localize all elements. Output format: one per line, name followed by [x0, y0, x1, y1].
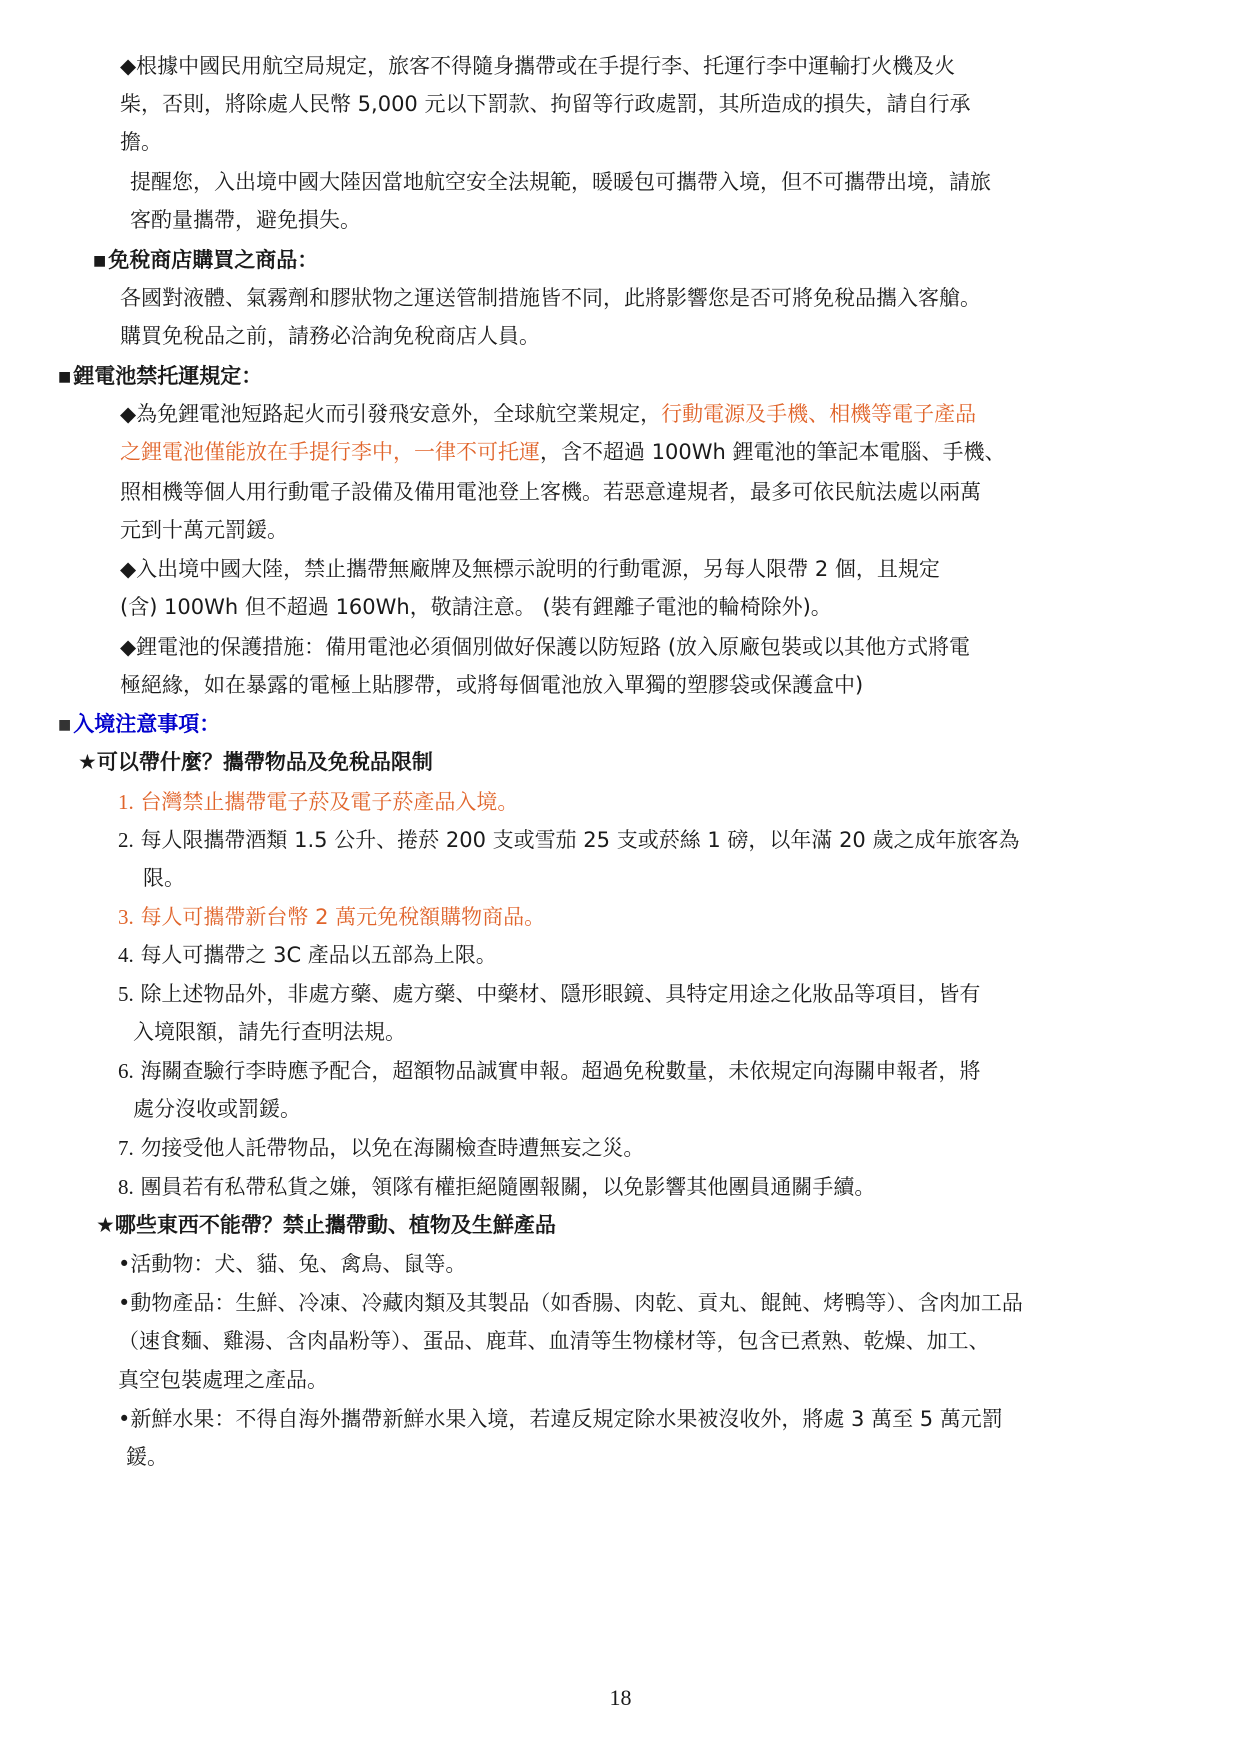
prohibited-heading: ★哪些東西不能帶？禁止攜帶動、植物及生鮮產品	[96, 1211, 556, 1239]
allowed-item-4: 4. 每人可攜帶之 3C 產品以五部為上限。	[118, 941, 497, 969]
prohibited-bullet-3-line2: 鍰。	[126, 1443, 168, 1471]
allowed-item-5: 5. 除上述物品外，非處方藥、處方藥、中藥材、隱形眼鏡、具特定用途之化妝品等項目…	[118, 980, 980, 1008]
hand-warmer-line1: 提醒您，入出境中國大陸因當地航空安全法規範，暖暖包可攜帶入境，但不可攜帶出境，請…	[130, 168, 991, 196]
duty-free-line1: 各國對液體、氣霧劑和膠狀物之運送管制措施皆不同，此將影響您是否可將免稅品攜入客艙…	[120, 284, 981, 312]
lithium-p1-line3: 照相機等個人用行動電子設備及備用電池登上客機。若惡意違規者，最多可依民航法處以兩…	[120, 478, 981, 506]
duty-free-line2: 購買免稅品之前，請務必洽詢免稅商店人員。	[120, 322, 540, 350]
lithium-p1-line2: 之鋰電池僅能放在手提行李中，一律不可托運，含不超過 100Wh 鋰電池的筆記本電…	[120, 438, 1006, 466]
allowed-item-5-cont: 入境限額，請先行查明法規。	[133, 1018, 406, 1046]
allowed-item-1: 1. 台灣禁止攜帶電子菸及電子菸產品入境。	[118, 788, 518, 816]
lighter-rule-line3: 擔。	[120, 128, 162, 156]
hand-warmer-line2: 客酌量攜帶，避免損失。	[130, 206, 361, 234]
lithium-p2-line2: (含) 100Wh 但不超過 160Wh，敬請注意。 (裝有鋰離子電池的輪椅除外…	[120, 593, 832, 621]
allowed-item-8: 8. 團員若有私帶私貨之嫌，領隊有權拒絕隨團報關，以免影響其他團員通關手續。	[118, 1173, 875, 1201]
prohibited-bullet-2-line3: 真空包裝處理之產品。	[118, 1366, 328, 1394]
prohibited-bullet-3-line1: •新鮮水果：不得自海外攜帶新鮮水果入境，若違反規定除水果被沒收外，將處 3 萬至…	[118, 1405, 1003, 1433]
prohibited-bullet-2-line1: •動物產品：生鮮、冷凍、冷藏肉類及其製品（如香腸、肉乾、貢丸、餛飩、烤鴨等）、含…	[118, 1289, 1023, 1317]
square-bullet-icon: ■	[93, 253, 106, 269]
allowed-item-2-cont: 限。	[143, 864, 185, 892]
allowed-item-6-cont: 處分沒收或罰鍰。	[133, 1095, 301, 1123]
square-bullet-icon: ■	[58, 369, 71, 385]
lithium-heading: ■鋰電池禁托運規定：	[58, 362, 262, 391]
entry-heading: ■入境注意事項：	[58, 710, 220, 739]
square-bullet-icon: ■	[58, 717, 71, 733]
lighter-rule-line2: 柴，否則，將除處人民幣 5,000 元以下罰款、拘留等行政處罰，其所造成的損失，…	[120, 90, 970, 118]
prohibited-bullet-2-line2: （速食麵、雞湯、含肉晶粉等）、蛋品、鹿茸、血清等生物樣材等，包含已煮熟、乾燥、加…	[118, 1327, 990, 1355]
allowed-item-2: 2. 每人限攜帶酒類 1.5 公升、捲菸 200 支或雪茄 25 支或菸絲 1 …	[118, 826, 1019, 854]
page-number: 18	[0, 1685, 1241, 1711]
allowed-item-3: 3. 每人可攜帶新台幣 2 萬元免稅額購物商品。	[118, 903, 545, 931]
allowed-heading: ★可以帶什麼？攜帶物品及免稅品限制	[78, 748, 433, 776]
lithium-p3-line1: ◆鋰電池的保護措施：備用電池必須個別做好保護以防短路 (放入原廠包裝或以其他方式…	[120, 633, 970, 661]
highlight-text: 行動電源及手機、相機等電子產品	[661, 402, 976, 426]
allowed-item-6: 6. 海關查驗行李時應予配合，超額物品誠實申報。超過免稅數量，未依規定向海關申報…	[118, 1057, 980, 1085]
lithium-p1-line1: ◆為免鋰電池短路起火而引發飛安意外，全球航空業規定，行動電源及手機、相機等電子產…	[120, 400, 976, 428]
lithium-p3-line2: 極絕緣，如在暴露的電極上貼膠帶，或將每個電池放入單獨的塑膠袋或保護盒中)	[120, 671, 863, 699]
lithium-p2-line1: ◆入出境中國大陸，禁止攜帶無廠牌及無標示說明的行動電源，另每人限帶 2 個，且規…	[120, 555, 940, 583]
prohibited-bullet-1: •活動物：犬、貓、兔、禽鳥、鼠等。	[118, 1250, 466, 1278]
duty-free-heading: ■免稅商店購買之商品：	[93, 246, 318, 275]
lighter-rule-line1: ◆根據中國民用航空局規定，旅客不得隨身攜帶或在手提行李、托運行李中運輸打火機及火	[120, 52, 955, 80]
lithium-p1-line4: 元到十萬元罰鍰。	[120, 516, 288, 544]
highlight-text: 之鋰電池僅能放在手提行李中，一律不可托運	[120, 440, 540, 464]
allowed-item-7: 7. 勿接受他人託帶物品，以免在海關檢查時遭無妄之災。	[118, 1134, 644, 1162]
